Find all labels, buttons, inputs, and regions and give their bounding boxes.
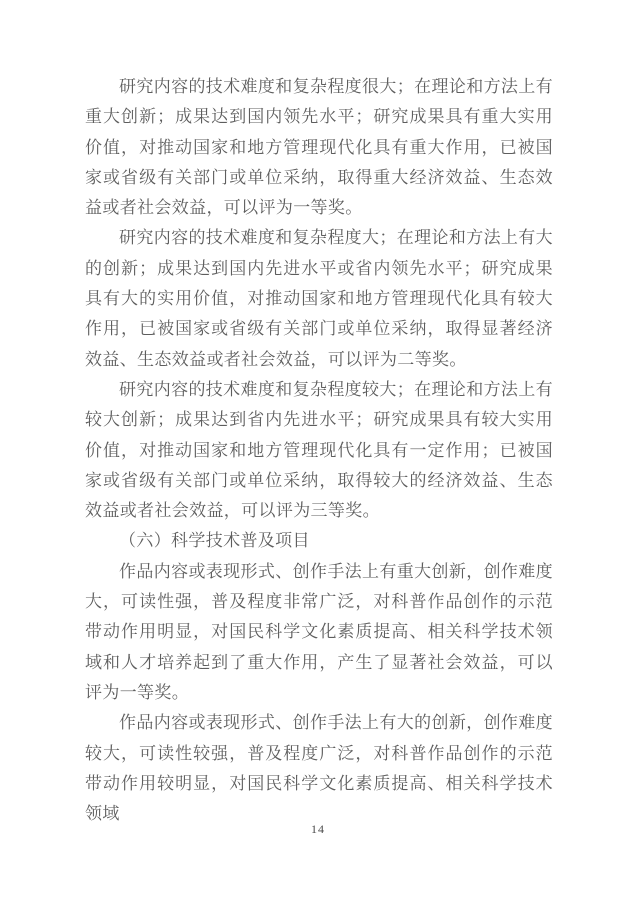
- paragraph-award-third-class-research: 研究内容的技术难度和复杂程度较大；在理论和方法上有较大创新；成果达到省内先进水平…: [85, 375, 553, 526]
- section-heading-science-popularization: （六）科学技术普及项目: [85, 526, 553, 556]
- page-number: 14: [0, 822, 636, 837]
- paragraph-award-second-class-popularization-truncated: 作品内容或表现形式、创作手法上有大的创新，创作难度较大，可读性较强，普及程度广泛…: [85, 708, 553, 829]
- paragraph-award-second-class-research: 研究内容的技术难度和复杂程度大；在理论和方法上有大的创新；成果达到国内先进水平或…: [85, 223, 553, 374]
- paragraph-award-first-class-popularization: 作品内容或表现形式、创作手法上有重大创新，创作难度大，可读性强，普及程度非常广泛…: [85, 557, 553, 708]
- document-page: 研究内容的技术难度和复杂程度很大；在理论和方法上有重大创新；成果达到国内领先水平…: [0, 0, 636, 900]
- paragraph-award-first-class-research: 研究内容的技术难度和复杂程度很大；在理论和方法上有重大创新；成果达到国内领先水平…: [85, 72, 553, 223]
- document-body: 研究内容的技术难度和复杂程度很大；在理论和方法上有重大创新；成果达到国内领先水平…: [85, 72, 553, 829]
